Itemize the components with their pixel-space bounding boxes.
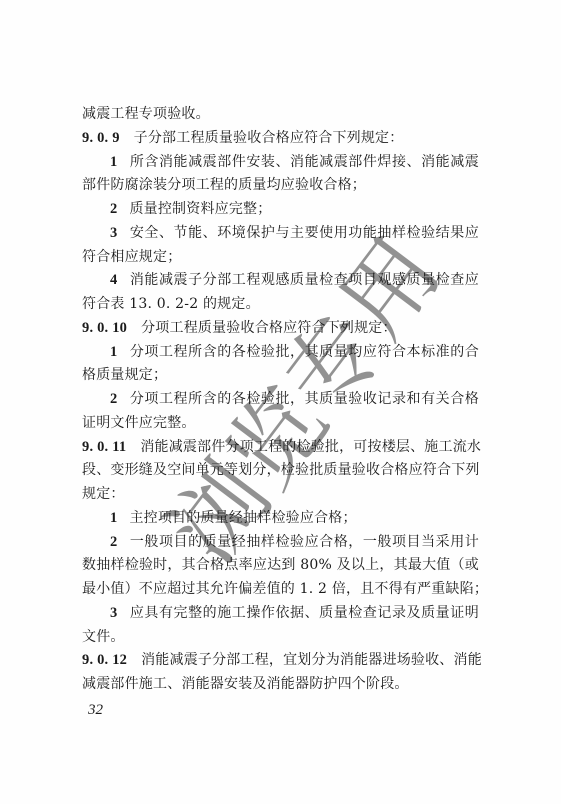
line-text: 文件。 — [82, 629, 125, 645]
text-line: 规定： — [82, 483, 479, 507]
line-text: 一般项目的质量经抽样检验应合格，一般项目当采用计 — [129, 534, 479, 550]
line-text: 分项工程质量验收合格应符合下列规定： — [141, 320, 397, 336]
text-line: 证明文件应完整。 — [82, 412, 479, 436]
list-item-line: 2一般项目的质量经抽样检验应合格，一般项目当采用计 — [82, 531, 479, 555]
list-item-line: 1分项工程所含的各检验批，其质量均应符合本标准的合 — [82, 341, 479, 365]
text-line: 符合表 13. 0. 2-2 的规定。 — [82, 293, 479, 317]
line-text: 规定： — [82, 486, 125, 502]
line-text: 数抽样检验时，其合格点率应达到 80% 及以上，其最大值（或 — [82, 557, 479, 573]
clause-line: 9. 0. 11消能减震部件分项工程的检验批，可按楼层、施工流水 — [82, 436, 479, 460]
line-text: 所含消能减震部件安装、消能减震部件焊接、消能减震 — [129, 154, 479, 170]
line-text: 符合表 13. 0. 2-2 的规定。 — [82, 296, 260, 312]
document-page: 浏览专用 减震工程专项验收。9. 0. 9子分部工程质量验收合格应符合下列规定：… — [0, 0, 561, 804]
line-text: 符合相应规定； — [82, 249, 181, 265]
line-text: 安全、节能、环境保护与主要使用功能抽样检验结果应 — [129, 225, 479, 241]
item-number: 2 — [110, 534, 117, 550]
text-line: 减震部件施工、消能器安装及消能器防护四个阶段。 — [82, 673, 479, 697]
list-item-line: 3安全、节能、环境保护与主要使用功能抽样检验结果应 — [82, 222, 479, 246]
line-text: 部件防腐涂装分项工程的质量均应验收合格； — [82, 177, 366, 193]
text-line: 符合相应规定； — [82, 246, 479, 270]
clause-number: 9. 0. 11 — [82, 439, 126, 455]
line-text: 质量控制资料应完整； — [129, 201, 271, 217]
item-number: 1 — [110, 510, 117, 526]
line-text: 主控项目的质量经抽样检验应合格； — [129, 510, 356, 526]
item-number: 1 — [110, 154, 117, 170]
text-line: 段、变形缝及空间单元等划分，检验批质量验收合格应符合下列 — [82, 459, 479, 483]
clause-number: 9. 0. 10 — [82, 320, 127, 336]
body-text: 减震工程专项验收。9. 0. 9子分部工程质量验收合格应符合下列规定：1所含消能… — [82, 103, 479, 697]
item-number: 1 — [110, 344, 117, 360]
item-number: 2 — [110, 391, 117, 407]
clause-line: 9. 0. 10分项工程质量验收合格应符合下列规定： — [82, 317, 479, 341]
list-item-line: 3应具有完整的施工操作依据、质量检查记录及质量证明 — [82, 602, 479, 626]
list-item-line: 1主控项目的质量经抽样检验应合格； — [82, 507, 479, 531]
line-text: 减震部件施工、消能器安装及消能器防护四个阶段。 — [82, 676, 409, 692]
line-text: 子分部工程质量验收合格应符合下列规定： — [134, 130, 404, 146]
line-text: 消能减震部件分项工程的检验批，可按楼层、施工流水 — [140, 439, 481, 455]
list-item-line: 2分项工程所含的各检验批，其质量验收记录和有关合格 — [82, 388, 479, 412]
text-line: 部件防腐涂装分项工程的质量均应验收合格； — [82, 174, 479, 198]
line-text: 证明文件应完整。 — [82, 415, 196, 431]
line-text: 最小值）不应超过其允许偏差值的 1. 2 倍，且不得有严重缺陷； — [82, 581, 488, 597]
line-text: 段、变形缝及空间单元等划分，检验批质量验收合格应符合下列 — [82, 462, 480, 478]
text-line: 格质量规定； — [82, 364, 479, 388]
item-number: 4 — [110, 272, 117, 288]
text-line: 减震工程专项验收。 — [82, 103, 479, 127]
item-number: 3 — [110, 225, 117, 241]
clause-number: 9. 0. 12 — [82, 652, 127, 668]
clause-line: 9. 0. 9子分部工程质量验收合格应符合下列规定： — [82, 127, 479, 151]
line-text: 分项工程所含的各检验批，其质量均应符合本标准的合 — [129, 344, 479, 360]
item-number: 2 — [110, 201, 117, 217]
clause-number: 9. 0. 9 — [82, 130, 120, 146]
list-item-line: 1所含消能减震部件安装、消能减震部件焊接、消能减震 — [82, 151, 479, 175]
line-text: 消能减震子分部工程观感质量检查项目观感质量检查应 — [129, 272, 479, 288]
line-text: 分项工程所含的各检验批，其质量验收记录和有关合格 — [129, 391, 479, 407]
text-line: 文件。 — [82, 626, 479, 650]
line-text: 格质量规定； — [82, 367, 167, 383]
list-item-line: 2质量控制资料应完整； — [82, 198, 479, 222]
line-text: 减震工程专项验收。 — [82, 106, 210, 122]
list-item-line: 4消能减震子分部工程观感质量检查项目观感质量检查应 — [82, 269, 479, 293]
line-text: 应具有完整的施工操作依据、质量检查记录及质量证明 — [129, 605, 479, 621]
text-line: 最小值）不应超过其允许偏差值的 1. 2 倍，且不得有严重缺陷； — [82, 578, 479, 602]
page-number: 32 — [88, 702, 103, 719]
item-number: 3 — [110, 605, 117, 621]
clause-line: 9. 0. 12消能减震子分部工程，宜划分为消能器进场验收、消能 — [82, 649, 479, 673]
text-line: 数抽样检验时，其合格点率应达到 80% 及以上，其最大值（或 — [82, 554, 479, 578]
line-text: 消能减震子分部工程，宜划分为消能器进场验收、消能 — [141, 652, 482, 668]
